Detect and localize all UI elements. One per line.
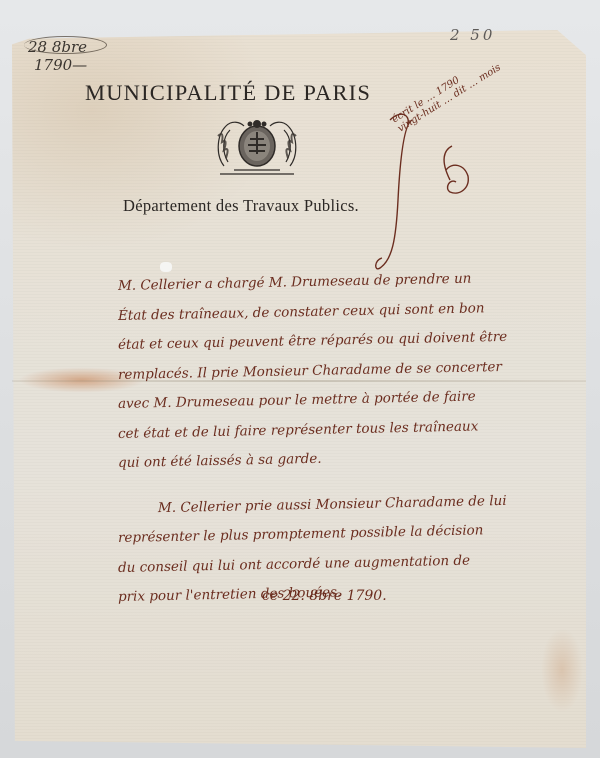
letterhead-department: Département des Travaux Publics. (123, 196, 359, 216)
pencil-circle-mark (24, 36, 107, 54)
pencil-ref-line-2: 1790— (28, 56, 87, 74)
letter-body: M. Cellerier a chargé M. Drumeseau de pr… (118, 272, 548, 613)
letter-date: ce 22. 8bre 1790. (262, 588, 387, 604)
signature-flourish-icon (360, 100, 480, 290)
pencil-reference-note: 28 8bre 1790— (28, 38, 87, 74)
pencil-page-number: 2 50 (450, 26, 495, 44)
coat-of-arms-crest-icon (214, 116, 300, 178)
letterhead-title: MUNICIPALITÉ DE PARIS (85, 80, 371, 106)
